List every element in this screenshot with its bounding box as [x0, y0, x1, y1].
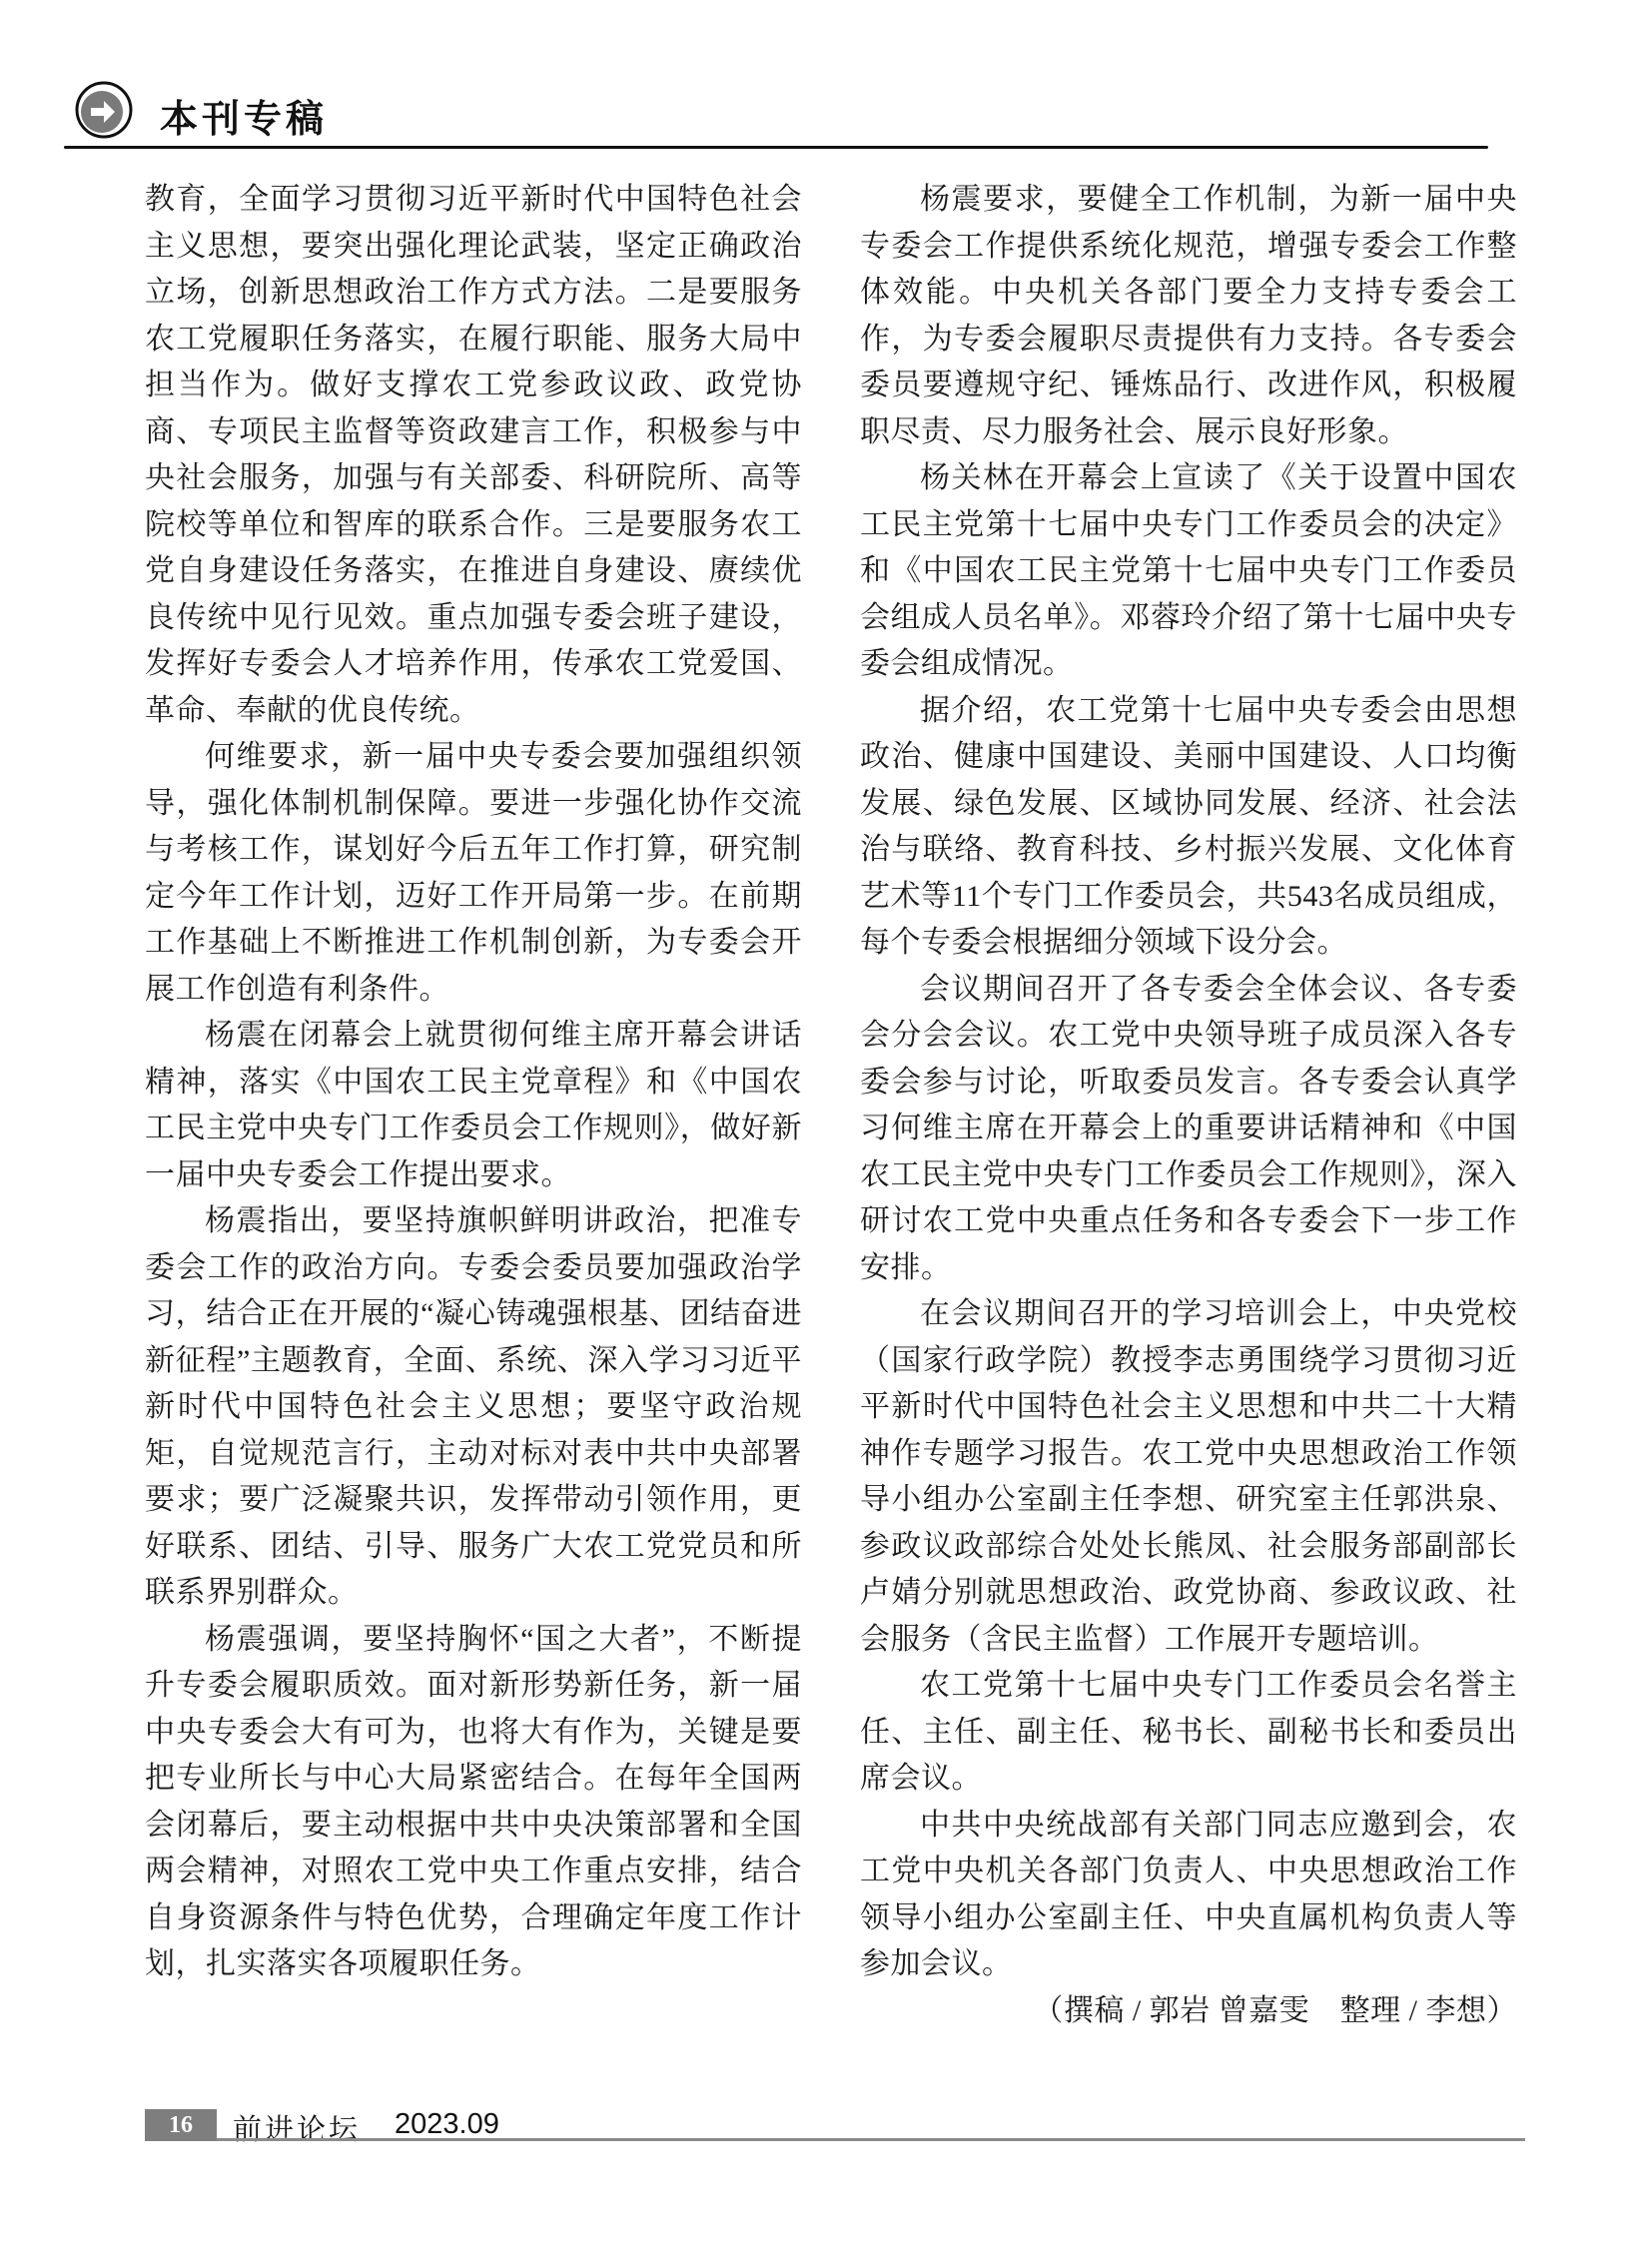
article-body: 教育，全面学习贯彻习近平新时代中国特色社会主义思想，要突出强化理论武装，坚定正确…: [145, 177, 1517, 2034]
right-column: 杨震要求，要健全工作机制，为新一届中央专委会工作提供系统化规范，增强专委会工作整…: [860, 177, 1517, 2034]
left-column: 教育，全面学习贯彻习近平新时代中国特色社会主义思想，要突出强化理论武装，坚定正确…: [145, 177, 802, 2034]
paragraph: 杨震要求，要健全工作机制，为新一届中央专委会工作提供系统化规范，增强专委会工作整…: [860, 177, 1517, 455]
paragraph: 杨震强调，要坚持胸怀“国之大者”，不断提升专委会履职质效。面对新形势新任务，新一…: [145, 1617, 802, 1988]
arrow-right-circle-icon: [73, 80, 135, 142]
paragraph: 何维要求，新一届中央专委会要加强组织领导，强化体制机制保障。要进一步强化协作交流…: [145, 734, 802, 1013]
journal-name: 前进论坛: [233, 2107, 361, 2148]
byline: （撰稿 / 郭岩 曾嘉雯 整理 / 李想）: [860, 1988, 1517, 2035]
header-rule: [64, 146, 1488, 149]
paragraph: 中共中央统战部有关部门同志应邀到会，农工党中央机关各部门负责人、中央思想政治工作…: [860, 1803, 1517, 1988]
paragraph: 杨震指出，要坚持旗帜鲜明讲政治，把准专委会工作的政治方向。专委会委员要加强政治学…: [145, 1198, 802, 1617]
section-title: 本刊专稿: [160, 88, 328, 143]
page-number-badge: 16: [145, 2109, 217, 2141]
magazine-page: 本刊专稿 教育，全面学习贯彻习近平新时代中国特色社会主义思想，要突出强化理论武装…: [0, 0, 1652, 2242]
paragraph: 会议期间召开了各专委会全体会议、各专委会分会会议。农工党中央领导班子成员深入各专…: [860, 967, 1517, 1292]
paragraph: 据介绍，农工党第十七届中央专委会由思想政治、健康中国建设、美丽中国建设、人口均衡…: [860, 688, 1517, 967]
paragraph: 杨震在闭幕会上就贯彻何维主席开幕会讲话精神，落实《中国农工民主党章程》和《中国农…: [145, 1013, 802, 1198]
issue-date: 2023.09: [395, 2108, 499, 2141]
paragraph: 杨关林在开幕会上宣读了《关于设置中国农工民主党第十七届中央专门工作委员会的决定》…: [860, 455, 1517, 688]
paragraph: 教育，全面学习贯彻习近平新时代中国特色社会主义思想，要突出强化理论武装，坚定正确…: [145, 177, 802, 734]
paragraph: 农工党第十七届中央专门工作委员会名誉主任、主任、副主任、秘书长、副秘书长和委员出…: [860, 1663, 1517, 1803]
footer-rule: [217, 2138, 1525, 2141]
paragraph: 在会议期间召开的学习培训会上，中央党校（国家行政学院）教授李志勇围绕学习贯彻习近…: [860, 1291, 1517, 1663]
